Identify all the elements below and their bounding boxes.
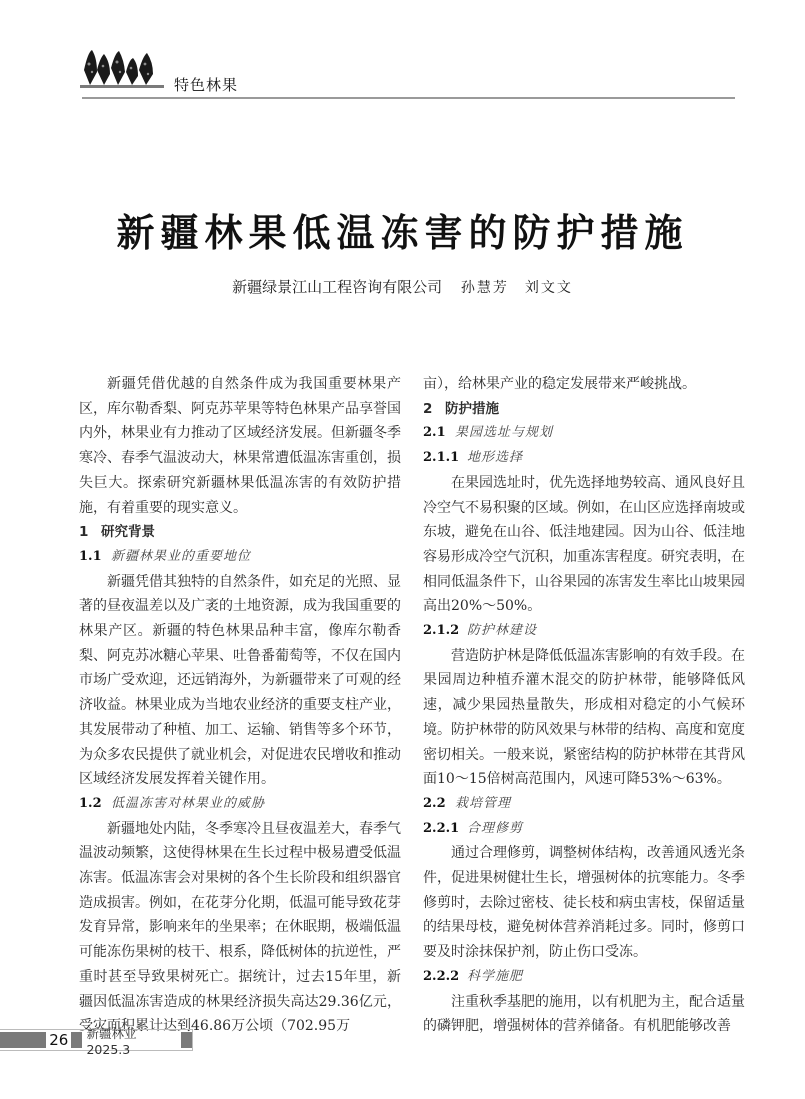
section-label: 特色林果 [174, 74, 238, 95]
subsection-heading-1-2: 1.2低温冻害对林果业的威胁 [79, 792, 401, 817]
section-number: 1.1 [79, 545, 111, 570]
footer-square-decoration [71, 1032, 82, 1048]
subsection-heading-2-1-1: 2.1.1地形选择 [423, 446, 745, 471]
section-number: 2.2.2 [423, 965, 467, 990]
article-title: 新疆林果低温冻害的防护措施 [0, 202, 805, 257]
affiliation: 新疆绿景江山工程咨询有限公司 [232, 278, 442, 296]
body-paragraph: 新疆凭借其独特的自然条件，如充足的光照、显著的昼夜温差以及广袤的土地资源，成为我… [79, 570, 401, 792]
footer-bar-decoration [0, 1032, 46, 1048]
section-title: 低温冻害对林果业的威胁 [111, 796, 265, 811]
body-paragraph: 注重秋季基肥的施用，以有机肥为主，配合适量的磷钾肥，增强树体的营养储备。有机肥能… [423, 990, 745, 1039]
journal-issue: 新疆林业 2025.3 [86, 1024, 176, 1057]
subsection-heading-2-1-2: 2.1.2防护林建设 [423, 619, 745, 644]
section-number: 2.1.1 [423, 446, 467, 471]
section-number: 2.2.1 [423, 817, 467, 842]
subsection-heading-2-2-1: 2.2.1合理修剪 [423, 817, 745, 842]
subsection-heading-1-1: 1.1新疆林果业的重要地位 [79, 545, 401, 570]
section-title: 栽培管理 [455, 796, 511, 811]
section-title: 地形选择 [467, 450, 523, 465]
intro-paragraph: 新疆凭借优越的自然条件成为我国重要林果产区，库尔勒香梨、阿克苏苹果等特色林果产品… [79, 372, 401, 520]
section-number: 1 [79, 520, 101, 545]
tree-row-icon [80, 50, 164, 90]
section-title: 果园选址与规划 [455, 425, 553, 440]
page-number: 26 [49, 1031, 68, 1049]
page-footer: 26 新疆林业 2025.3 [0, 1029, 193, 1051]
byline: 新疆绿景江山工程咨询有限公司 孙慧芳 刘文文 [0, 276, 805, 297]
section-number: 1.2 [79, 792, 111, 817]
section-title: 新疆林果业的重要地位 [111, 549, 251, 564]
section-title: 研究背景 [101, 524, 155, 540]
body-paragraph: 营造防护林是降低低温冻害影响的有效手段。在果园周边种植乔灌木混交的防护林带，能够… [423, 644, 745, 792]
subsection-heading-2-2-2: 2.2.2科学施肥 [423, 965, 745, 990]
section-title: 防护措施 [445, 401, 499, 417]
left-column: 新疆凭借优越的自然条件成为我国重要林果产区，库尔勒香梨、阿克苏苹果等特色林果产品… [79, 372, 401, 1039]
section-number: 2.1 [423, 421, 455, 446]
subsection-heading-2-2: 2.2栽培管理 [423, 792, 745, 817]
body-paragraph: 在果园选址时，优先选择地势较高、通风良好且冷空气不易积聚的区域。例如，在山区应选… [423, 471, 745, 619]
authors: 孙慧芳 刘文文 [461, 280, 573, 296]
body-paragraph-continuation: 亩），给林果产业的稳定发展带来严峻挑战。 [423, 372, 745, 397]
section-number: 2 [423, 397, 445, 422]
header-divider [82, 97, 735, 99]
section-number: 2.2 [423, 792, 455, 817]
footer-square-decoration [181, 1032, 192, 1048]
body-paragraph: 新疆地处内陆，冬季寒冷且昼夜温差大，春季气温波动频繁，这使得林果在生长过程中极易… [79, 817, 401, 1039]
section-title: 合理修剪 [467, 821, 523, 836]
section-heading-1: 1研究背景 [79, 520, 401, 545]
section-heading-2: 2防护措施 [423, 397, 745, 422]
section-number: 2.1.2 [423, 619, 467, 644]
right-column: 亩），给林果产业的稳定发展带来严峻挑战。 2防护措施 2.1果园选址与规划 2.… [423, 372, 745, 1039]
body-paragraph: 通过合理修剪，调整树体结构，改善通风透光条件，促进果树健壮生长，增强树体的抗寒能… [423, 841, 745, 965]
subsection-heading-2-1: 2.1果园选址与规划 [423, 421, 745, 446]
section-title: 科学施肥 [467, 969, 523, 984]
section-title: 防护林建设 [467, 623, 537, 638]
